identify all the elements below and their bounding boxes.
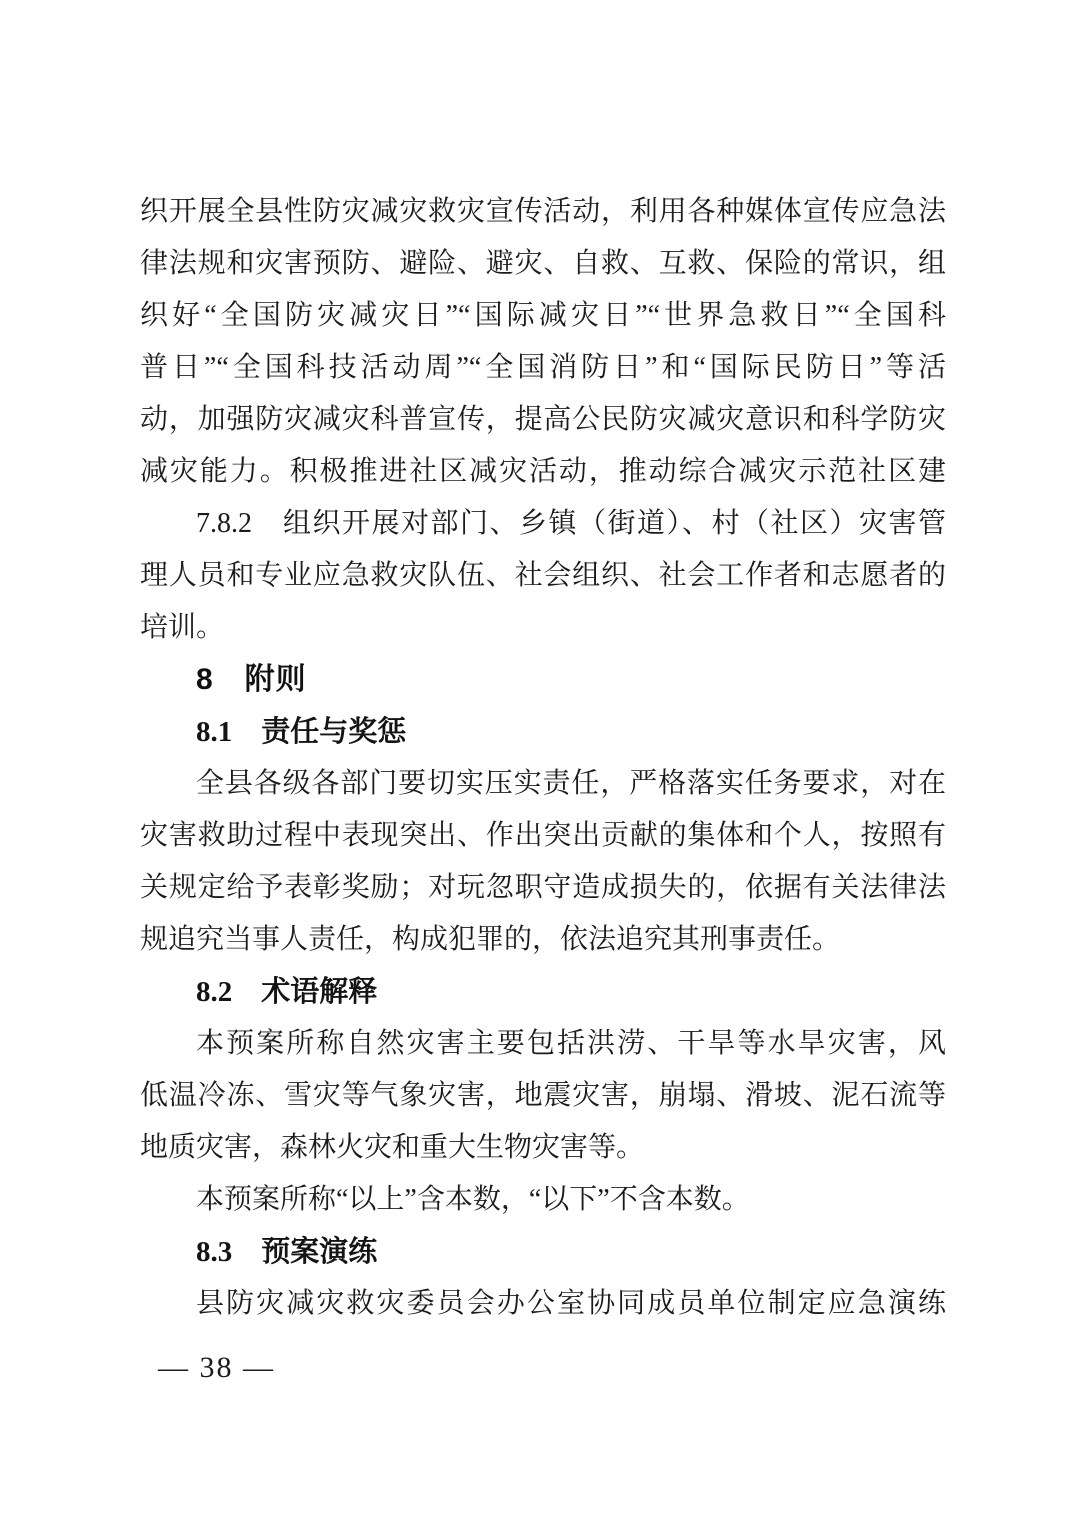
text-line: 灾害救助过程中表现突出、作出突出贡献的集体和个人，按照有	[140, 810, 946, 862]
text-line: 7.8.2 组织开展对部门、乡镇（街道）、村（社区）灾害管	[140, 498, 946, 550]
text-line: 培训。	[140, 602, 946, 654]
paragraph-continuation-publicity: 织开展全县性防灾减灾救灾宣传活动，利用各种媒体宣传应急法律法规和灾害预防、避险、…	[140, 186, 946, 498]
paragraph-8-3-body-start: 县防灾减灾救灾委员会办公室协同成员单位制定应急演练	[140, 1278, 946, 1330]
paragraph-7-8-2-training: 7.8.2 组织开展对部门、乡镇（街道）、村（社区）灾害管理人员和专业应急救灾队…	[140, 498, 946, 654]
paragraph-8-2-inclusive-numbers: 本预案所称“以上”含本数，“以下”不含本数。	[140, 1174, 946, 1226]
text-line: 县防灾减灾救灾委员会办公室协同成员单位制定应急演练	[140, 1278, 946, 1330]
page-number: — 38 —	[158, 1348, 275, 1388]
text-line: 普日”“全国科技活动周”“全国消防日”和“国际民防日”等活	[140, 342, 946, 394]
paragraph-8-2-disaster-types: 本预案所称自然灾害主要包括洪涝、干旱等水旱灾害，风雹、低温冷冻、雪灾等气象灾害，…	[140, 1018, 946, 1174]
text-line: 低温冷冻、雪灾等气象灾害，地震灾害，崩塌、滑坡、泥石流等	[140, 1070, 946, 1122]
document-page: 织开展全县性防灾减灾救灾宣传活动，利用各种媒体宣传应急法律法规和灾害预防、避险、…	[0, 0, 1074, 1520]
heading-8-3-drill: 8.3 预案演练	[140, 1226, 946, 1278]
text-line: 关规定给予表彰奖励；对玩忽职守造成损失的，依据有关法律法	[140, 862, 946, 914]
heading-8-2-terminology: 8.2 术语解释	[140, 966, 946, 1018]
text-line: 规追究当事人责任，构成犯罪的，依法追究其刑事责任。	[140, 914, 946, 966]
text-line: 律法规和灾害预防、避险、避灾、自救、互救、保险的常识，组	[140, 238, 946, 290]
text-line: 动，加强防灾减灾科普宣传，提高公民防灾减灾意识和科学防灾	[140, 394, 946, 446]
text-line: 全县各级各部门要切实压实责任，严格落实任务要求，对在	[140, 758, 946, 810]
heading-8-supplementary-provisions: 8 附则	[140, 654, 946, 706]
paragraph-8-1-body: 全县各级各部门要切实压实责任，严格落实任务要求，对在灾害救助过程中表现突出、作出…	[140, 758, 946, 966]
text-line: 减灾能力。积极推进社区减灾活动，推动综合减灾示范社区建设。	[140, 446, 946, 498]
text-line: 本预案所称“以上”含本数，“以下”不含本数。	[140, 1174, 946, 1226]
text-line: 理人员和专业应急救灾队伍、社会组织、社会工作者和志愿者的	[140, 550, 946, 602]
text-line: 织开展全县性防灾减灾救灾宣传活动，利用各种媒体宣传应急法	[140, 186, 946, 238]
heading-8-1-responsibility: 8.1 责任与奖惩	[140, 706, 946, 758]
text-line: 地质灾害，森林火灾和重大生物灾害等。	[140, 1122, 946, 1174]
text-line: 织好“全国防灾减灾日”“国际减灾日”“世界急救日”“全国科	[140, 290, 946, 342]
document-content: 织开展全县性防灾减灾救灾宣传活动，利用各种媒体宣传应急法律法规和灾害预防、避险、…	[140, 186, 946, 1330]
text-line: 本预案所称自然灾害主要包括洪涝、干旱等水旱灾害，风雹、	[140, 1018, 946, 1070]
